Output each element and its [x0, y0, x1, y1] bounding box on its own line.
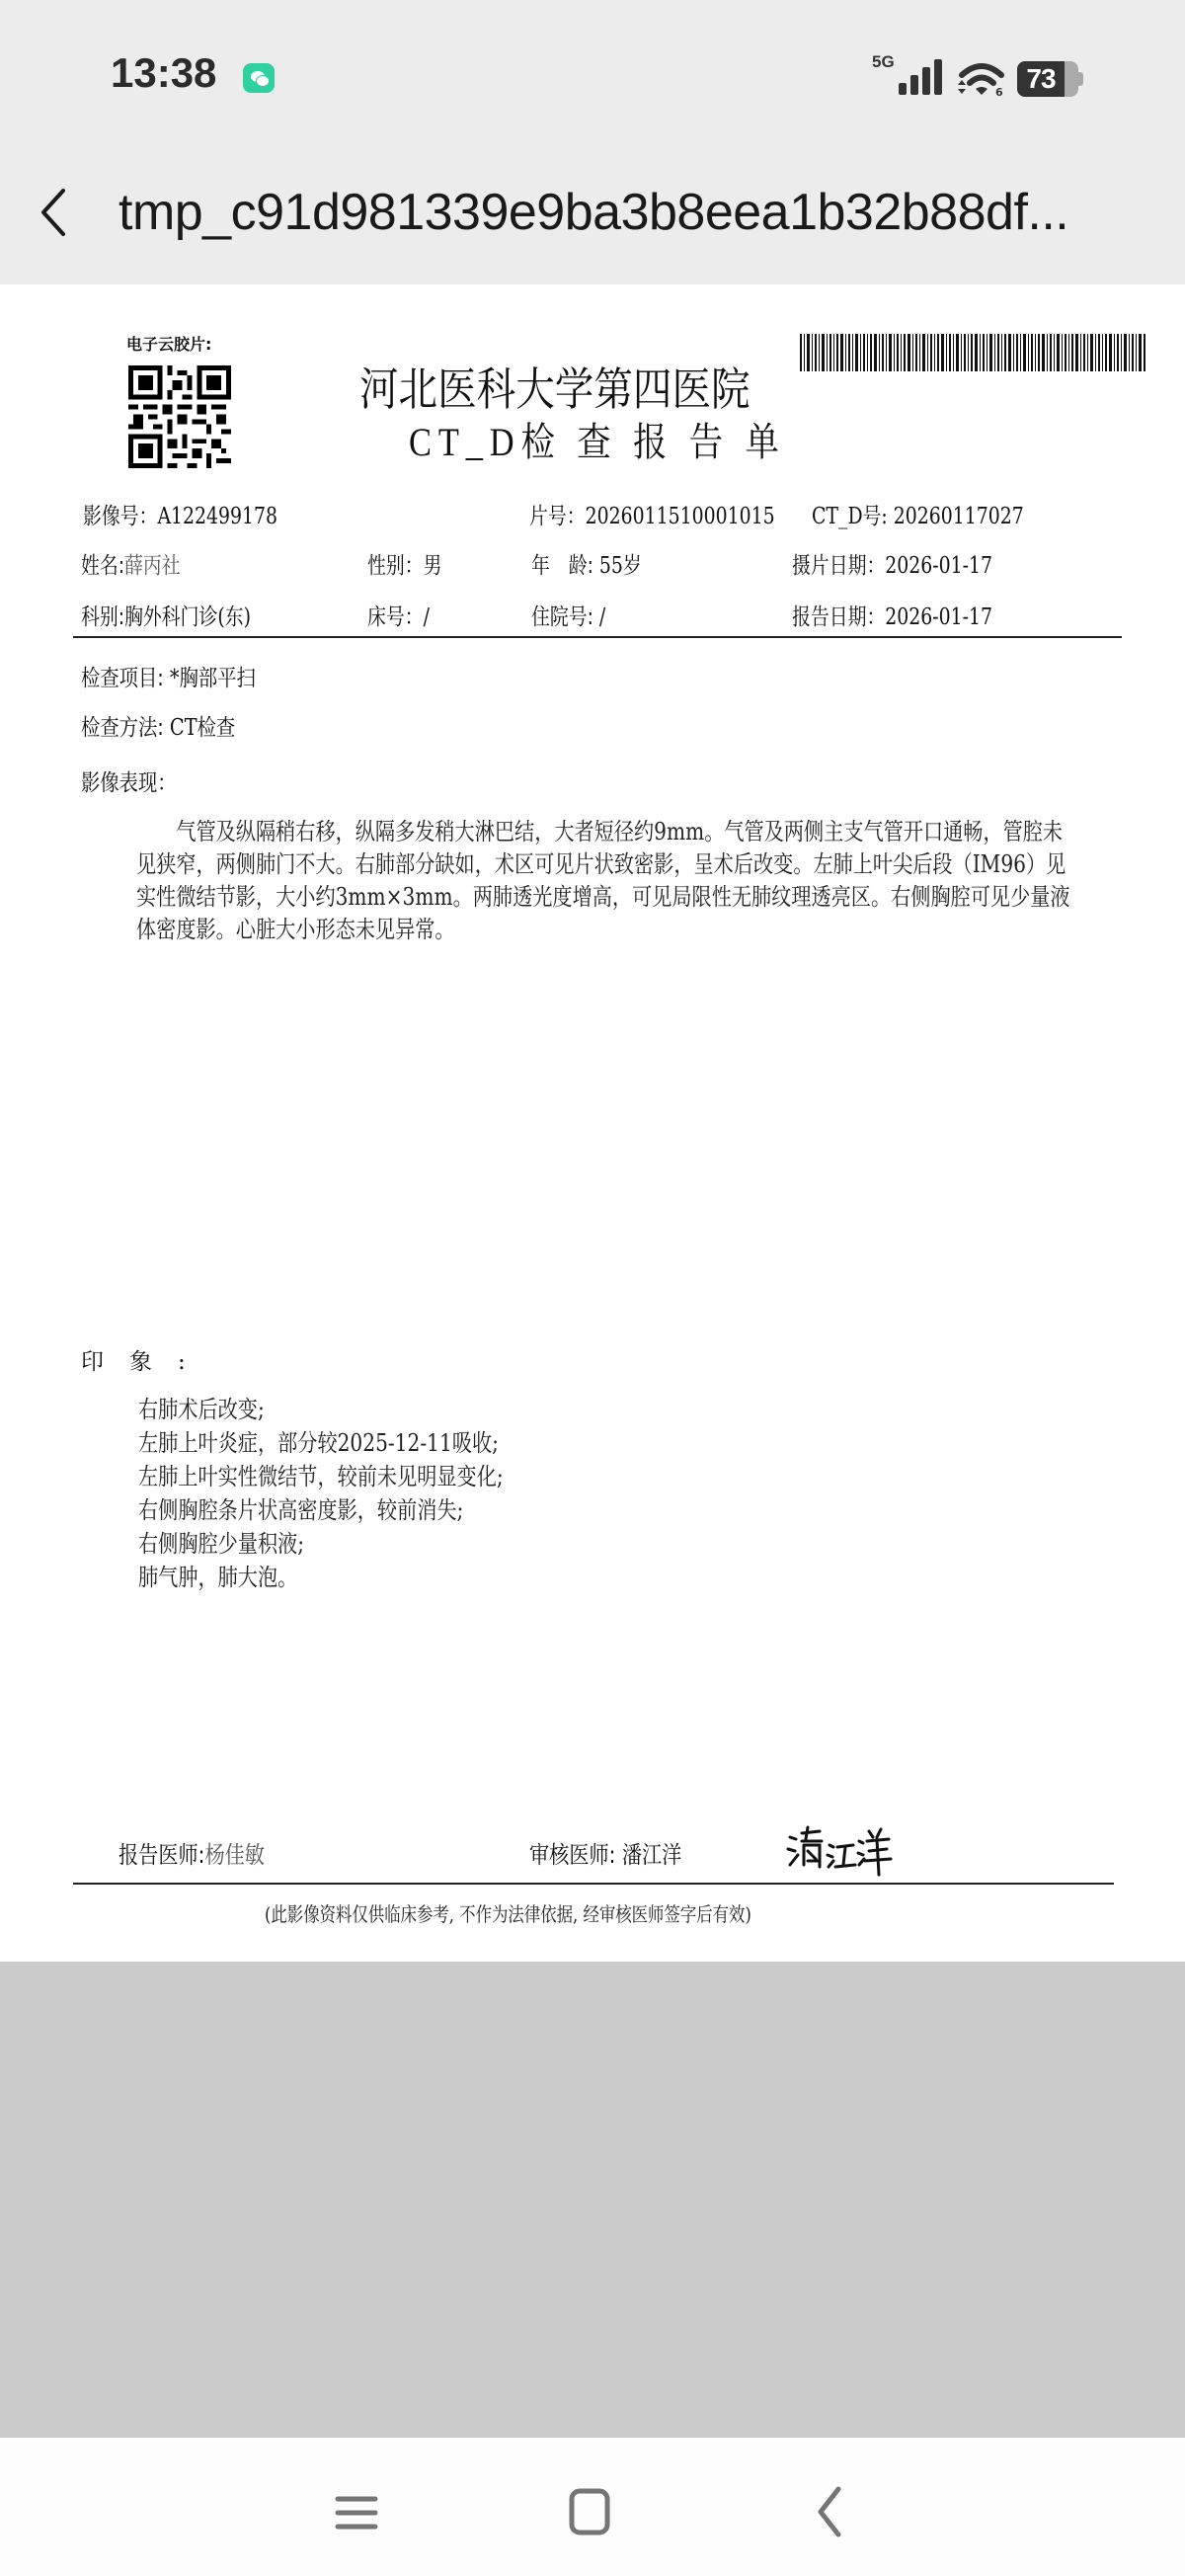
wifi-6-icon: 6 [956, 61, 1007, 97]
impression-item: 左肺上叶炎症，部分较2025-12-11吸收; [138, 1426, 504, 1460]
file-title: tmp_c91d981339e9ba3b8eea1b32b88df... [118, 183, 1068, 242]
reviewing-doctor-field: 审核医师: 潘江洋 [529, 1835, 681, 1870]
film-number-value: 2026011510001015 [586, 504, 775, 529]
menu-icon[interactable] [324, 2477, 393, 2546]
home-icon[interactable] [558, 2477, 627, 2546]
findings-text: 气管及纵隔稍右移，纵隔多发稍大淋巴结，大者短径约9mm。气管及两侧主支气管开口通… [136, 816, 1073, 946]
header-divider [73, 636, 1122, 638]
wechat-icon [243, 63, 275, 93]
battery-icon: 73 [1017, 61, 1084, 97]
sex-value: 男 [424, 553, 442, 579]
findings-label: 影像表现： [81, 765, 177, 797]
impression-item: 左肺上叶实性微结节，较前未见明显变化; [138, 1460, 504, 1493]
exam-method-field: 检查方法: CT检查 [81, 709, 235, 742]
back-icon[interactable] [795, 2477, 864, 2546]
impression-item: 右侧胸腔少量积液; [138, 1527, 504, 1561]
signature-image [786, 1821, 895, 1877]
shoot-date-value: 2026-01-17 [885, 553, 992, 579]
shoot-date-field: 摄片日期：2026-01-17 [792, 547, 992, 580]
status-indicators: 5G 6 73 [869, 49, 1086, 99]
ctd-number-field: CT_D号: 20260117027 [812, 498, 1024, 530]
qr-code-image[interactable] [128, 365, 231, 468]
battery-percent: 73 [1017, 63, 1065, 95]
info-row-department: 科别:胸外科门诊(东) 床号：/ 住院号: / 报告日期：2026-01-17 [0, 599, 1185, 638]
status-time: 13:38 [111, 49, 216, 97]
bed-field: 床号：/ [367, 599, 430, 631]
chevron-left-icon[interactable] [30, 183, 79, 242]
hospital-name: 河北医科大学第四医院 [359, 354, 750, 419]
sex-field: 性别：男 [367, 547, 441, 580]
network-type-label: 5G [872, 52, 895, 72]
status-bar: 13:38 5G 6 73 [0, 0, 1185, 143]
viewer-background [0, 1962, 1185, 2438]
patient-name-value: 薛丙社 [124, 553, 181, 579]
exam-method-value: CT检查 [170, 715, 235, 741]
reporting-doctor-field: 报告医师:杨佳敏 [118, 1835, 265, 1870]
reviewing-doctor-value: 潘江洋 [622, 1841, 681, 1869]
exam-item-value: *胸部平扫 [170, 666, 256, 691]
title-bar: tmp_c91d981339e9ba3b8eea1b32b88df... [0, 143, 1185, 284]
patient-name-field: 姓名:薛丙社 [81, 547, 181, 580]
exam-item-field: 检查项目: *胸部平扫 [81, 660, 256, 692]
report-date-field: 报告日期：2026-01-17 [792, 599, 992, 631]
signal-strength-icon [899, 59, 942, 95]
svg-text:6: 6 [995, 86, 1003, 97]
impression-item: 肺气肿，肺大泡。 [138, 1561, 504, 1594]
impression-item: 右侧胸腔条片状高密度影，较前消失; [138, 1493, 504, 1527]
info-row-patient: 姓名:薛丙社 性别：男 年 龄: 55岁 摄片日期：2026-01-17 [0, 547, 1185, 587]
impression-list: 右肺术后改变; 左肺上叶炎症，部分较2025-12-11吸收; 左肺上叶实性微结… [138, 1393, 504, 1594]
impression-label: 印象: [81, 1343, 211, 1376]
department-field: 科别:胸外科门诊(东) [81, 599, 251, 631]
age-field: 年 龄: 55岁 [531, 547, 642, 580]
image-number-field: 影像号：A122499178 [83, 498, 277, 530]
system-nav-bar [0, 2438, 1185, 2576]
inpatient-value: / [599, 604, 605, 630]
bed-value: / [424, 604, 430, 630]
info-row-ids: 影像号：A122499178 片号：2026011510001015 CT_D号… [0, 498, 1185, 537]
reporting-doctor-value: 杨佳敏 [204, 1841, 264, 1869]
impression-item: 右肺术后改变; [138, 1393, 504, 1426]
footer-divider [73, 1883, 1114, 1885]
ctd-number-value: 20260117027 [894, 504, 1024, 529]
report-title: CT_D检 查 报 告 单 [409, 411, 786, 467]
image-number-value: A122499178 [157, 504, 277, 529]
cloud-film-label: 电子云胶片: [126, 332, 211, 355]
age-value: 55岁 [599, 553, 642, 579]
inpatient-field: 住院号: / [531, 599, 605, 631]
disclaimer-text: (此影像资料仅供临床参考, 不作为法律依据, 经审核医师签字后有效) [265, 1898, 751, 1927]
barcode-image [800, 334, 1145, 371]
film-number-field: 片号：2026011510001015 [529, 498, 775, 530]
department-value: 胸外科门诊(东) [124, 604, 251, 630]
report-document[interactable]: 电子云胶片: 河北医科大学第四医院 CT_D检 查 报 告 单 影像号：A122… [0, 284, 1185, 1962]
report-date-value: 2026-01-17 [885, 604, 992, 630]
